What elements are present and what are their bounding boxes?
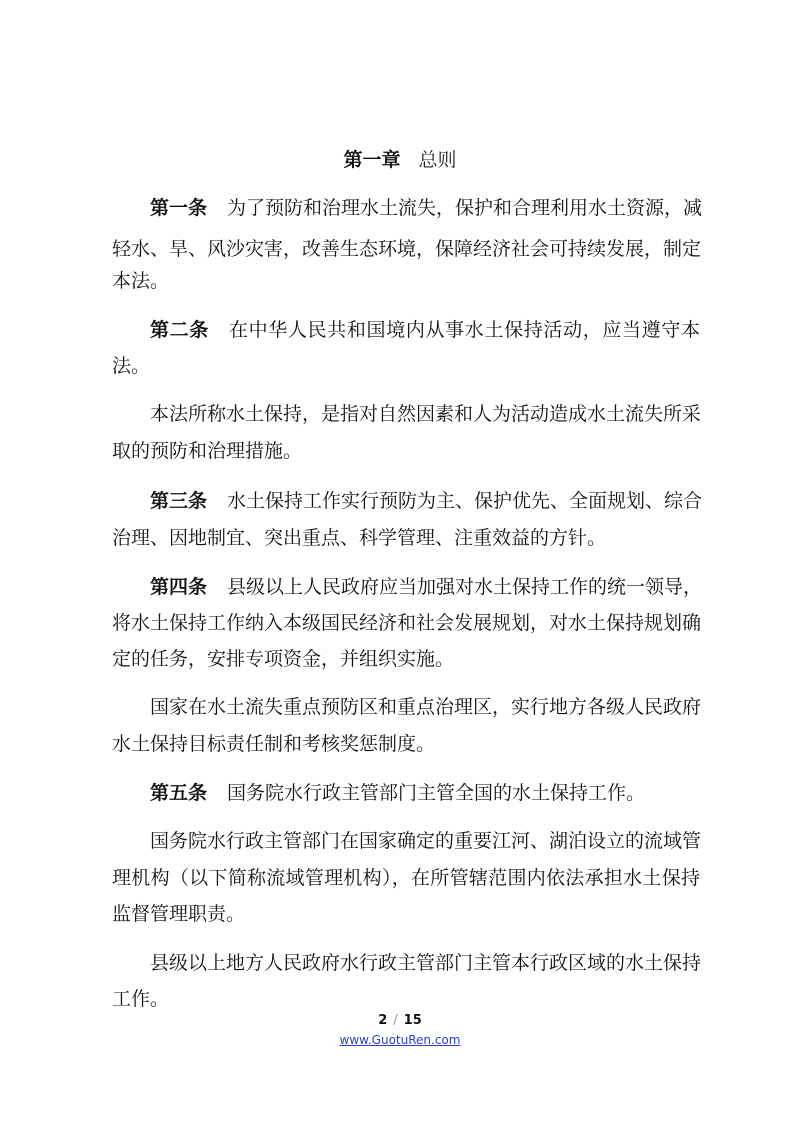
article-2-line-1: 第二条在中华人民共和国境内从事水土保持活动，应当遵守本 xyxy=(150,315,700,345)
website-footer: www.GuotuRen.com xyxy=(0,1031,800,1049)
article-text: 县级以上人民政府应当加强对水土保持工作的统一领导， xyxy=(227,576,702,598)
document-page: 第一章总则 第一条为了预防和治理水土流失，保护和合理利用水土资源，减 轻水、旱、… xyxy=(0,0,800,1132)
article-4-line-1: 第四条县级以上人民政府应当加强对水土保持工作的统一领导， xyxy=(150,572,700,602)
article-label: 第四条 xyxy=(150,576,207,598)
article-1-line-2: 轻水、旱、风沙灾害，改善生态环境，保障经济社会可持续发展，制定 xyxy=(112,234,700,264)
paragraph-line: 本法所称水土保持，是指对自然因素和人为活动造成水土流失所采 xyxy=(150,399,700,429)
article-label: 第五条 xyxy=(150,782,207,804)
paragraph-line: 取的预防和治理措施。 xyxy=(112,436,700,466)
paragraph-line: 县级以上地方人民政府水行政主管部门主管本行政区域的水土保持 xyxy=(150,948,700,978)
chapter-heading: 第一章总则 xyxy=(0,146,800,174)
paragraph-line: 水土保持目标责任制和考核奖惩制度。 xyxy=(112,729,700,759)
article-label: 第三条 xyxy=(150,490,207,512)
article-3-line-2: 治理、因地制宜、突出重点、科学管理、注重效益的方针。 xyxy=(112,523,700,553)
article-label: 第二条 xyxy=(150,319,209,341)
paragraph-line: 监督管理职责。 xyxy=(112,899,700,929)
article-text: 在中华人民共和国境内从事水土保持活动，应当遵守本 xyxy=(229,319,700,341)
page-separator: / xyxy=(393,1013,397,1028)
article-1-line-1: 第一条为了预防和治理水土流失，保护和合理利用水土资源，减 xyxy=(150,193,700,223)
chapter-number: 第一章 xyxy=(343,149,400,171)
page-number: 2/15 xyxy=(0,1012,800,1030)
article-3-line-1: 第三条水土保持工作实行预防为主、保护优先、全面规划、综合 xyxy=(150,486,700,516)
website-link[interactable]: www.GuotuRen.com xyxy=(340,1033,461,1047)
article-text: 国务院水行政主管部门主管全国的水土保持工作。 xyxy=(227,782,645,804)
article-4-line-3: 定的任务，安排专项资金，并组织实施。 xyxy=(112,644,700,674)
current-page: 2 xyxy=(378,1013,387,1028)
article-2-line-2: 法。 xyxy=(112,351,700,381)
chapter-title: 总则 xyxy=(419,149,457,171)
article-text: 水土保持工作实行预防为主、保护优先、全面规划、综合 xyxy=(227,490,702,512)
paragraph-line: 理机构（以下简称流域管理机构），在所管辖范围内依法承担水土保持 xyxy=(112,863,700,893)
paragraph-line: 国务院水行政主管部门在国家确定的重要江河、湖泊设立的流域管 xyxy=(150,826,700,856)
paragraph-line: 国家在水土流失重点预防区和重点治理区，实行地方各级人民政府 xyxy=(150,692,700,722)
total-pages: 15 xyxy=(404,1013,422,1028)
article-label: 第一条 xyxy=(150,197,207,219)
article-4-line-2: 将水土保持工作纳入本级国民经济和社会发展规划，对水土保持规划确 xyxy=(112,608,700,638)
article-1-line-3: 本法。 xyxy=(112,266,700,296)
article-text: 为了预防和治理水土流失，保护和合理利用水土资源，减 xyxy=(227,197,702,219)
article-5-line-1: 第五条国务院水行政主管部门主管全国的水土保持工作。 xyxy=(150,778,700,808)
paragraph-line: 工作。 xyxy=(112,984,700,1014)
